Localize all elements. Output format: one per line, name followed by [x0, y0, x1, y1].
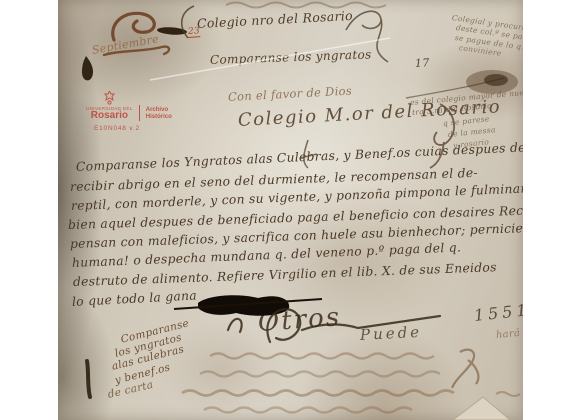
body-line: lo que todo la gana — [72, 288, 198, 309]
invocation: Con el favor de Dios — [228, 84, 353, 104]
signature-right-note: hará — [496, 328, 521, 341]
vertical-ink-streak — [87, 361, 90, 397]
teardrop-ink-blot — [82, 56, 93, 80]
screenshot-canvas: Colegio nro del Rosario 23 Septiembre Co… — [0, 0, 580, 420]
stamp-code: E10N048 v.2 — [94, 125, 186, 132]
bottom-right-flourish — [452, 350, 478, 388]
top-right-smudge-core — [484, 74, 508, 86]
signature-word: Otros — [257, 302, 342, 338]
margin-note-mid-right-line: de la messa — [448, 125, 497, 139]
manuscript-photo: Colegio nro del Rosario 23 Septiembre Co… — [58, 0, 523, 420]
bleedthrough-line — [210, 354, 434, 359]
rosario-crest-icon — [103, 91, 116, 105]
running-title: Colegio nro del Rosario — [197, 8, 354, 31]
archive-stamp: UNIVERSIDAD DEL Rosario Archivo Históric… — [86, 91, 186, 132]
bottom-right-faint-scribble — [496, 392, 520, 396]
stamp-archive-line2: Histórico — [146, 114, 172, 121]
index-title: Comparanse los yngratos — [210, 47, 372, 67]
margin-day: 23 — [188, 26, 201, 38]
signature-word: Puede — [360, 323, 423, 344]
signature-year: 1551 — [473, 300, 523, 325]
stamp-university-name: Rosario — [86, 111, 133, 121]
stamp-divider — [139, 105, 140, 121]
page-corner-fold — [453, 397, 510, 420]
bleedthrough-line — [182, 391, 454, 396]
bleedthrough-line — [200, 372, 440, 377]
folio-number: 17 — [415, 56, 430, 70]
stamp-archive-line1: Archivo — [146, 107, 172, 114]
ink-dash-blob — [157, 26, 187, 35]
margin-month: Septiembre — [91, 32, 160, 57]
bleedthrough-line — [204, 408, 412, 413]
top-edge-scribble — [226, 3, 386, 8]
